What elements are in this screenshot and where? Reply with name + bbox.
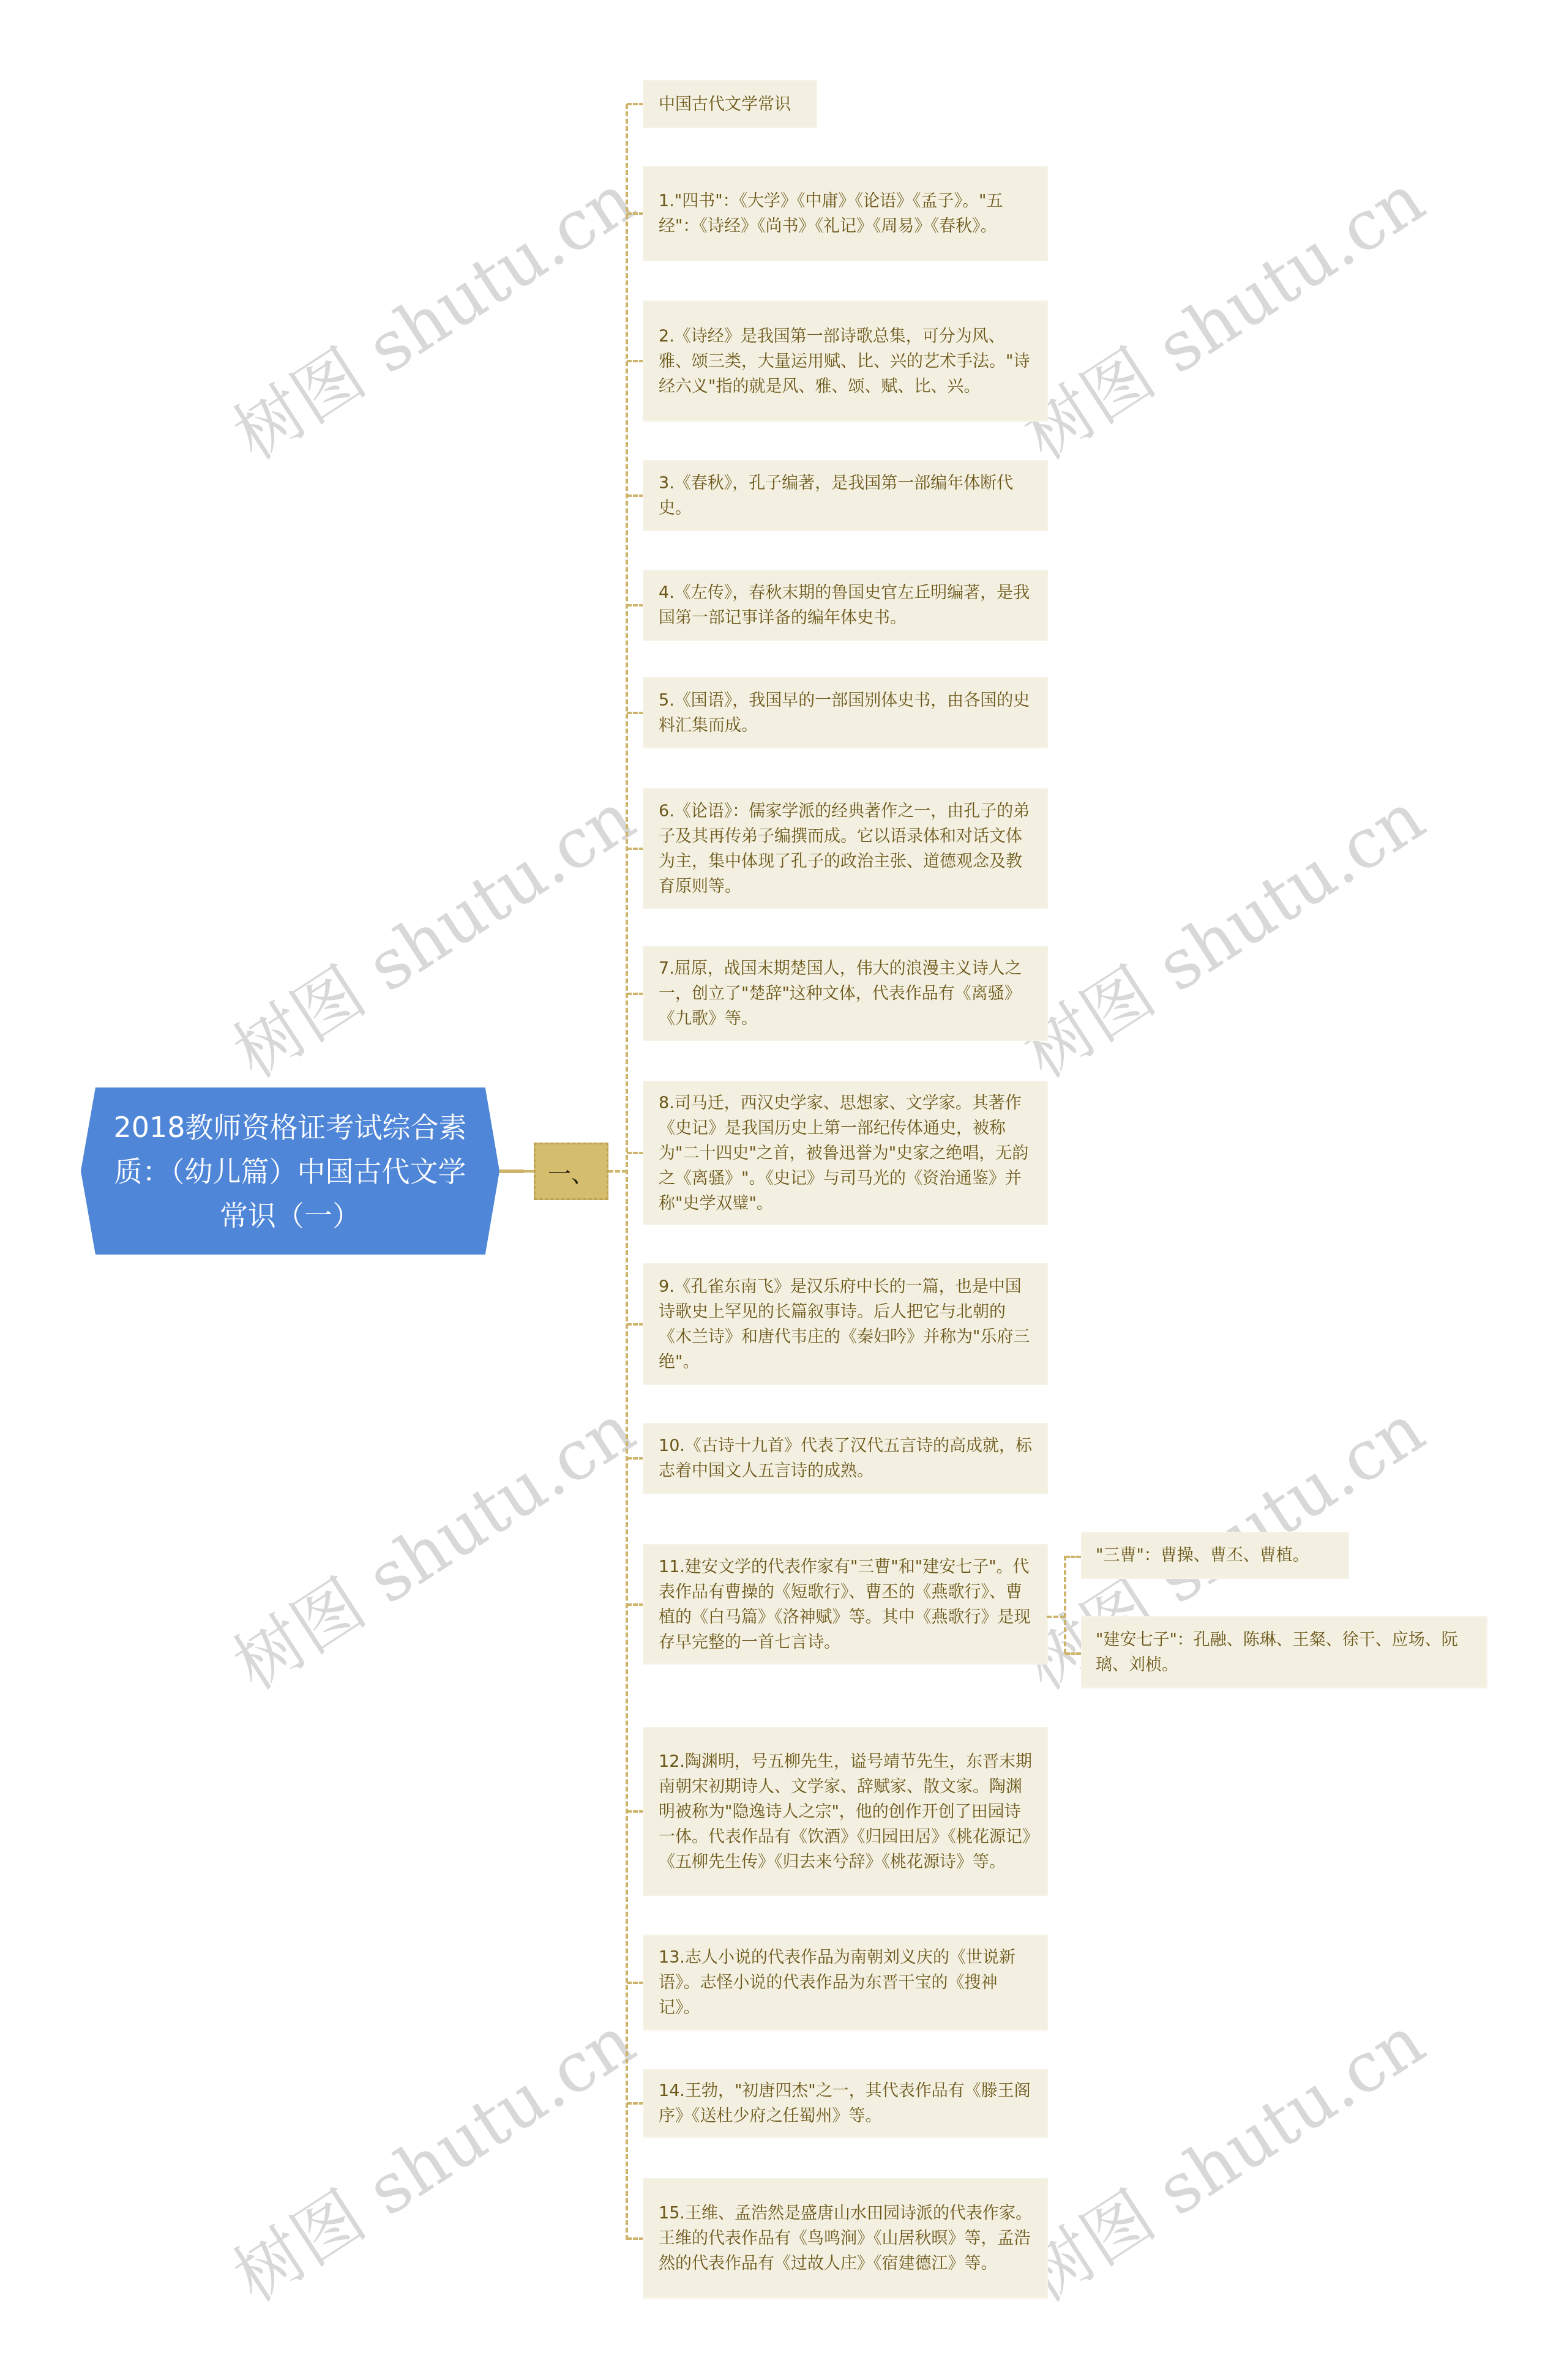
leaf-text: 3.《春秋》，孔子编著，是我国第一部编年体断代史。 (659, 471, 1032, 521)
leaf-text: 1."四书"：《大学》《中庸》《论语》《孟子》。"五经"：《诗经》《尚书》《礼记… (659, 188, 1032, 239)
leaf-node[interactable]: 5.《国语》，我国早的一部国别体史书，由各国的史料汇集而成。 (644, 678, 1047, 747)
leaf-text: 15.王维、孟浩然是盛唐山水田园诗派的代表作家。王维的代表作品有《鸟鸣涧》《山居… (659, 2201, 1032, 2276)
connector-trunk (626, 104, 628, 2240)
connector-root-branch (499, 1169, 524, 1173)
connector-branch-trunk (608, 1170, 627, 1173)
leaf-node[interactable]: 1."四书"：《大学》《中庸》《论语》《孟子》。"五经"：《诗经》《尚书》《礼记… (644, 167, 1047, 260)
leaf-text: "三曹"：曹操、曹丕、曹植。 (1096, 1543, 1309, 1568)
leaf-node[interactable]: 2.《诗经》是我国第一部诗歌总集，可分为风、雅、颂三类，大量运用赋、比、兴的艺术… (644, 302, 1047, 420)
leaf-node[interactable]: 9.《孔雀东南飞》是汉乐府中长的一篇，也是中国诗歌史上罕见的长篇叙事诗。后人把它… (644, 1264, 1047, 1384)
watermark: 树图 shutu.cn (1002, 146, 1440, 479)
connector-root-branch (524, 1170, 534, 1173)
leaf-text: "建安七子"：孔融、陈琳、王粲、徐干、应场、阮璃、刘桢。 (1096, 1627, 1473, 1677)
leaf-node[interactable]: 6.《论语》：儒家学派的经典著作之一，由孔子的弟子及其再传弟子编撰而成。它以语录… (644, 789, 1047, 908)
connector-leaf (627, 1323, 644, 1326)
leaf-text: 7.屈原，战国末期楚国人，伟大的浪漫主义诗人之一，创立了"楚辞"这种文体，代表作… (659, 956, 1032, 1031)
connector-child (1065, 1556, 1081, 1558)
connector-leaf (627, 360, 644, 362)
connector-leaf (627, 494, 644, 497)
watermark: 树图 shutu.cn (1002, 764, 1440, 1097)
leaf-node[interactable]: 15.王维、孟浩然是盛唐山水田园诗派的代表作家。王维的代表作品有《鸟鸣涧》《山居… (644, 2179, 1047, 2297)
branch-node[interactable]: 一、 (534, 1143, 608, 1200)
leaf-node[interactable]: 3.《春秋》，孔子编著，是我国第一部编年体断代史。 (644, 461, 1047, 530)
leaf-node[interactable]: 14.王勃，"初唐四杰"之一，其代表作品有《滕王阁序》《送杜少府之任蜀州》等。 (644, 2070, 1047, 2136)
child-node-sancao[interactable]: "三曹"：曹操、曹丕、曹植。 (1082, 1533, 1348, 1578)
connector-leaf (627, 2102, 644, 2105)
leaf-text: 14.王勃，"初唐四杰"之一，其代表作品有《滕王阁序》《送杜少府之任蜀州》等。 (659, 2078, 1032, 2128)
leaf-text: 11.建安文学的代表作家有"三曹"和"建安七子"。代表作品有曹操的《短歌行》、曹… (659, 1554, 1032, 1655)
connector-child (1065, 1652, 1081, 1655)
leaf-text: 10.《古诗十九首》代表了汉代五言诗的高成就，标志着中国文人五言诗的成熟。 (659, 1433, 1032, 1483)
leaf-node[interactable]: 4.《左传》，春秋末期的鲁国史官左丘明编著，是我国第一部记事详备的编年体史书。 (644, 571, 1047, 640)
branch-label: 一、 (548, 1155, 594, 1188)
connector-leaf (627, 712, 644, 714)
mindmap-canvas: 树图 shutu.cn 树图 shutu.cn 树图 shutu.cn 树图 s… (0, 0, 1567, 2380)
leaf-text: 8.司马迁，西汉史学家、思想家、文学家。其著作《史记》是我国历史上第一部纪传体通… (659, 1091, 1032, 1216)
connector-leaf (627, 1603, 644, 1606)
leaf-node-header[interactable]: 中国古代文学常识 (644, 81, 816, 127)
leaf-text: 12.陶渊明，号五柳先生，谥号靖节先生，东晋末期南朝宋初期诗人、文学家、辞赋家、… (659, 1749, 1032, 1875)
connector-leaf (627, 1982, 644, 1984)
connector-leaf (627, 993, 644, 995)
leaf-node[interactable]: 12.陶渊明，号五柳先生，谥号靖节先生，东晋末期南朝宋初期诗人、文学家、辞赋家、… (644, 1728, 1047, 1895)
watermark: 树图 shutu.cn (1002, 1988, 1440, 2321)
connector-leaf (627, 212, 644, 215)
watermark: 树图 shutu.cn (212, 1376, 651, 1709)
leaf-text: 5.《国语》，我国早的一部国别体史书，由各国的史料汇集而成。 (659, 688, 1032, 738)
leaf-text: 4.《左传》，春秋末期的鲁国史官左丘明编著，是我国第一部记事详备的编年体史书。 (659, 580, 1032, 630)
connector-leaf (627, 103, 644, 105)
leaf-text: 2.《诗经》是我国第一部诗歌总集，可分为风、雅、颂三类，大量运用赋、比、兴的艺术… (659, 324, 1032, 399)
connector-item11-children (1047, 1616, 1065, 1618)
leaf-text: 13.志人小说的代表作品为南朝刘义庆的《世说新语》。志怪小说的代表作品为东晋干宝… (659, 1945, 1032, 2020)
connector-leaf (627, 1810, 644, 1813)
connector-leaf (627, 604, 644, 606)
connector-leaf (627, 1152, 644, 1154)
root-title: 2018教师资格证考试综合素质：（幼儿篇）中国古代文学常识（一） (107, 1105, 474, 1237)
child-node-jianan-qizi[interactable]: "建安七子"：孔融、陈琳、王粲、徐干、应场、阮璃、刘桢。 (1082, 1617, 1486, 1687)
watermark: 树图 shutu.cn (212, 764, 651, 1097)
leaf-node[interactable]: 11.建安文学的代表作家有"三曹"和"建安七子"。代表作品有曹操的《短歌行》、曹… (644, 1545, 1047, 1663)
leaf-node[interactable]: 10.《古诗十九首》代表了汉代五言诗的高成就，标志着中国文人五言诗的成熟。 (644, 1424, 1047, 1493)
connector-leaf (627, 1457, 644, 1460)
leaf-node[interactable]: 8.司马迁，西汉史学家、思想家、文学家。其著作《史记》是我国历史上第一部纪传体通… (644, 1082, 1047, 1224)
leaf-text: 中国古代文学常识 (659, 92, 791, 117)
connector-leaf (627, 2237, 644, 2240)
connector-item11-children (1064, 1556, 1066, 1654)
root-node[interactable]: 2018教师资格证考试综合素质：（幼儿篇）中国古代文学常识（一） (81, 1087, 499, 1255)
leaf-text: 9.《孔雀东南飞》是汉乐府中长的一篇，也是中国诗歌史上罕见的长篇叙事诗。后人把它… (659, 1274, 1032, 1375)
connector-leaf (627, 848, 644, 850)
leaf-node[interactable]: 7.屈原，战国末期楚国人，伟大的浪漫主义诗人之一，创立了"楚辞"这种文体，代表作… (644, 947, 1047, 1040)
watermark: 树图 shutu.cn (212, 1988, 651, 2321)
watermark: 树图 shutu.cn (212, 146, 651, 479)
leaf-text: 6.《论语》：儒家学派的经典著作之一，由孔子的弟子及其再传弟子编撰而成。它以语录… (659, 799, 1032, 899)
leaf-node[interactable]: 13.志人小说的代表作品为南朝刘义庆的《世说新语》。志怪小说的代表作品为东晋干宝… (644, 1936, 1047, 2029)
